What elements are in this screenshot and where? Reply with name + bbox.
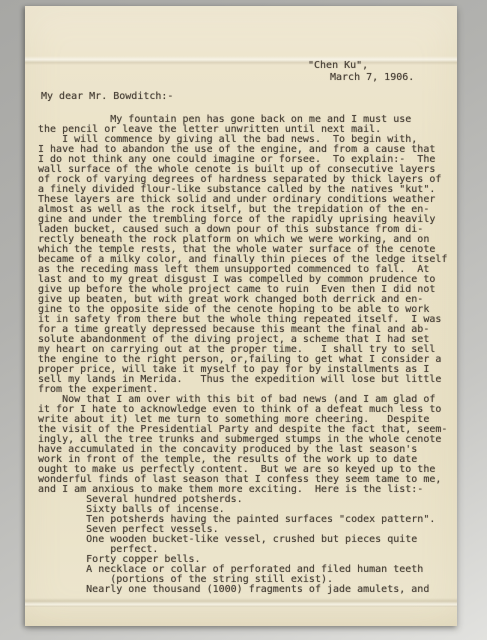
scan-mat: "Chen Ku", March 7, 1906. My dear Mr. Bo…	[0, 0, 487, 640]
letterhead-place: "Chen Ku",	[308, 61, 368, 71]
letter-body: My fountain pen has gone back on me and …	[38, 115, 447, 595]
fold-crease-top	[25, 56, 457, 65]
letter-paper: "Chen Ku", March 7, 1906. My dear Mr. Bo…	[25, 6, 457, 626]
salutation: My dear Mr. Bowditch:-	[41, 92, 173, 102]
letterhead-date: March 7, 1906.	[330, 73, 414, 83]
fold-crease-bottom	[25, 598, 457, 607]
